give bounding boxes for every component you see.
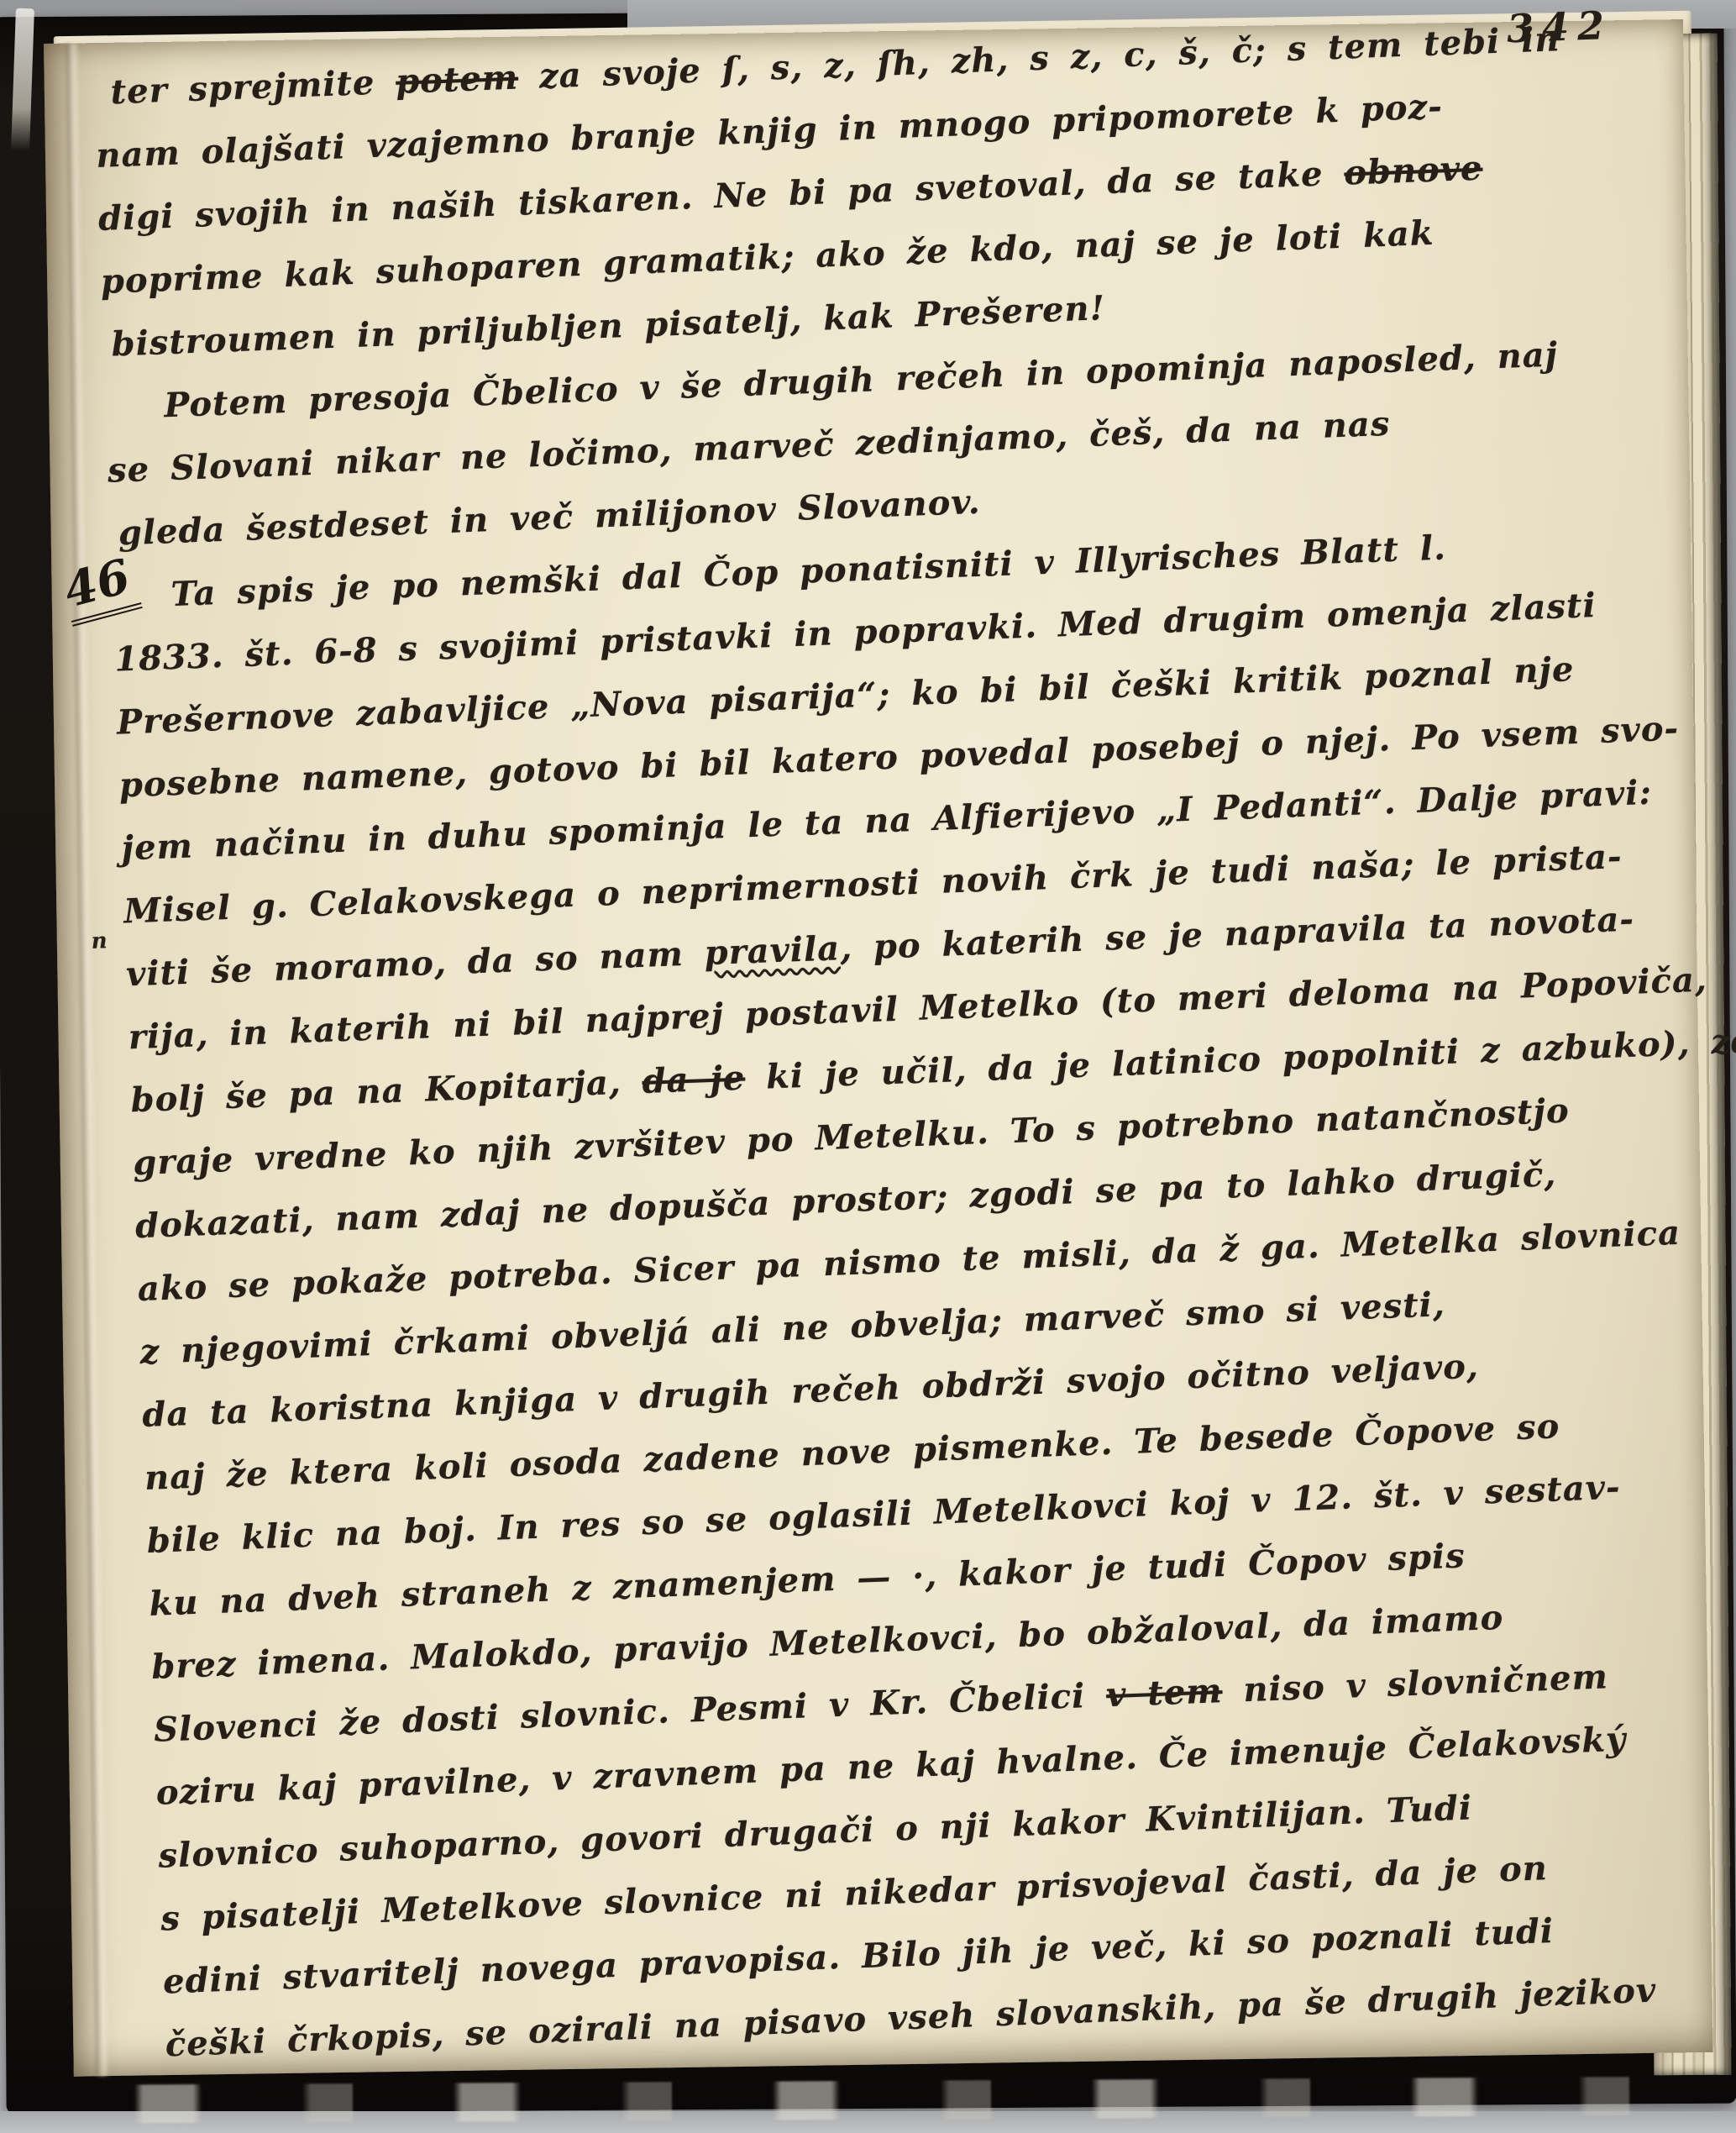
struck-word: obnove	[1344, 149, 1484, 193]
struck-word: v tem	[1105, 1671, 1223, 1715]
text-segment: viti še moramo, da so nam	[125, 933, 705, 994]
text-segment: bolj še pa na Kopitarja,	[130, 1062, 643, 1120]
manuscript-text: 342 ter sprejmite potem za svoje ſ, s, z…	[92, 3, 1736, 2076]
underlined-word: pravila	[704, 928, 841, 973]
manuscript-photo: 46 342 ter sprejmite potem za svoje ſ, s…	[0, 0, 1736, 2133]
text-segment: ter sprejmite	[110, 62, 396, 112]
struck-word: potem	[395, 58, 519, 102]
manuscript-lines: ter sprejmite potem za svoje ſ, s, z, ſh…	[92, 3, 1736, 2076]
struck-word: da je	[642, 1058, 746, 1101]
margin-caret: n	[91, 930, 108, 953]
text-segment: niso v slovničnem	[1222, 1657, 1609, 1710]
manuscript-page: 46 342 ter sprejmite potem za svoje ſ, s…	[44, 19, 1713, 2077]
